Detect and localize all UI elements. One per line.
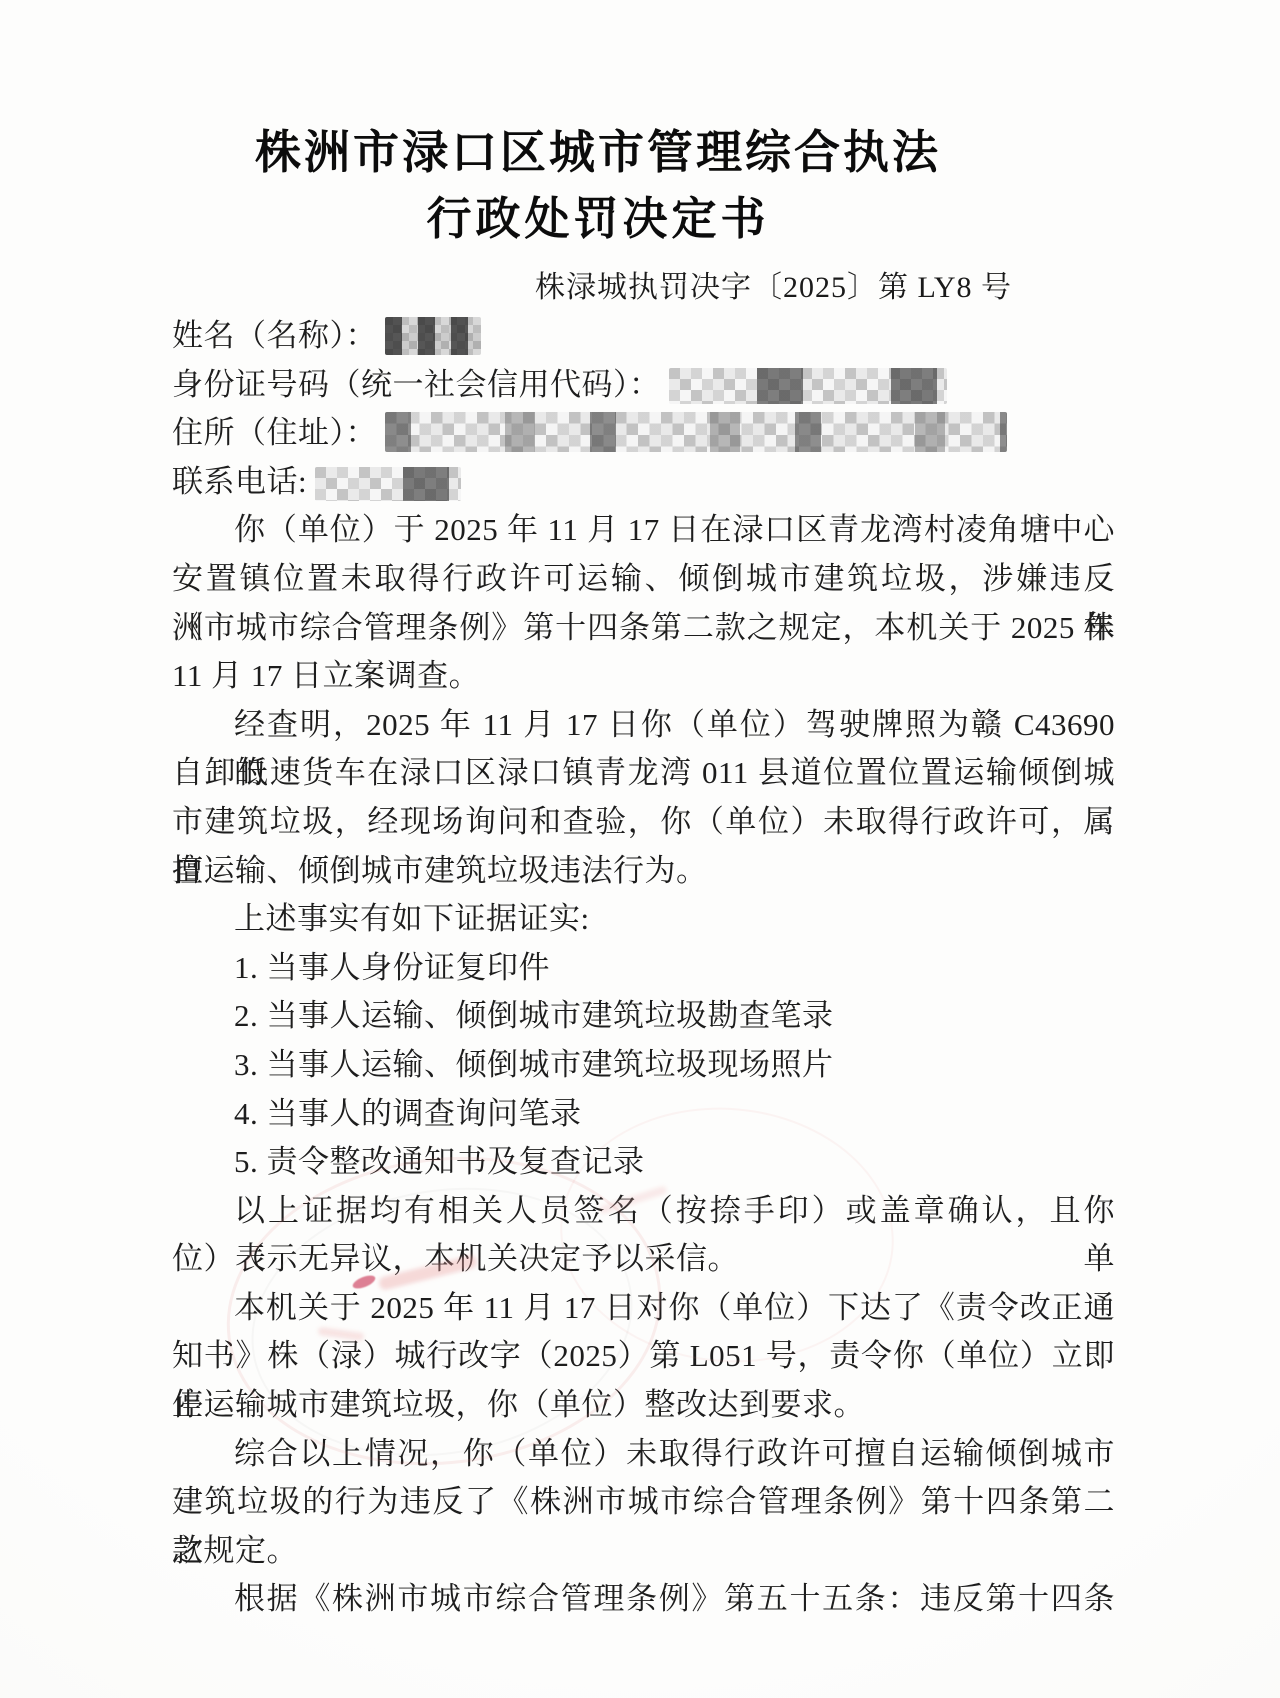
redaction-mosaic [669, 368, 947, 404]
redaction-mosaic [385, 317, 481, 355]
document-title-line2: 行政处罚决定书 [0, 182, 1238, 247]
document-line: 建筑垃圾的行为违反了《株洲市城市综合管理条例》第十四条第二款 [172, 1478, 1115, 1527]
line-text: 上述事实有如下证据证实: [234, 901, 590, 936]
document-line: 以上证据均有相关人员签名（按捺手印）或盖章确认，且你（单 [172, 1187, 1115, 1236]
line-text: 4. 当事人的调查询问笔录 [234, 1096, 582, 1131]
scanned-document-page: 株洲市渌口区城市管理综合执法 行政处罚决定书 株渌城执罚决字〔2025〕第 LY… [0, 0, 1280, 1698]
line-text: 之规定。 [172, 1533, 298, 1568]
document-line: 姓名（名称）： [172, 312, 1115, 361]
line-text: 综合以上情况，你（单位）未取得行政许可擅自运输倾倒城市 [234, 1436, 1115, 1471]
document-line: 之规定。 [172, 1527, 1115, 1576]
document-line: 3. 当事人运输、倾倒城市建筑垃圾现场照片 [172, 1041, 1115, 1090]
line-text: 洲市城市综合管理条例》第十四条第二款之规定，本机关于 2025 年 [172, 610, 1115, 645]
document-line: 2. 当事人运输、倾倒城市建筑垃圾勘查笔录 [172, 992, 1115, 1041]
line-text: 自运输、倾倒城市建筑垃圾违法行为。 [172, 853, 708, 888]
document-line: 1. 当事人身份证复印件 [172, 944, 1115, 993]
line-text: 3. 当事人运输、倾倒城市建筑垃圾现场照片 [234, 1047, 834, 1082]
redaction-mosaic [385, 412, 1007, 452]
document-line: 知书》株（渌）城行改字（2025）第 L051 号，责令你（单位）立即停 [172, 1332, 1115, 1381]
document-line: 上述事实有如下证据证实: [172, 895, 1115, 944]
line-text: 1. 当事人身份证复印件 [234, 950, 550, 985]
line-text: 5. 责令整改通知书及复查记录 [234, 1144, 645, 1179]
document-line: 综合以上情况，你（单位）未取得行政许可擅自运输倾倒城市 [172, 1430, 1115, 1479]
line-text: 根据《株洲市城市综合管理条例》第五十五条：违反第十四条 [234, 1581, 1115, 1616]
line-text: 位）表示无异议，本机关决定予以采信。 [172, 1241, 739, 1276]
line-text: 你（单位）于 2025 年 11 月 17 日在渌口区青龙湾村凌角塘中心 [234, 512, 1115, 547]
line-text: 住所（住址）： [172, 415, 377, 450]
document-number: 株渌城执罚决字〔2025〕第 LY8 号 [535, 271, 1012, 304]
line-text: 联系电话: [172, 464, 307, 499]
document-line: 根据《株洲市城市综合管理条例》第五十五条：违反第十四条 [172, 1575, 1115, 1624]
document-line: 身份证号码（统一社会信用代码）： [172, 361, 1115, 410]
document-line: 联系电话: [172, 458, 1115, 507]
line-text: 本机关于 2025 年 11 月 17 日对你（单位）下达了《责令改正通 [234, 1290, 1115, 1325]
document-line: 住所（住址）： [172, 409, 1115, 458]
document-title-line1: 株洲市渌口区城市管理综合执法 [0, 116, 1238, 182]
document-line: 11 月 17 日立案调查。 [172, 652, 1115, 701]
line-text: 姓名（名称）： [172, 318, 377, 353]
document-line: 止运输城市建筑垃圾，你（单位）整改达到要求。 [172, 1381, 1115, 1430]
document-line: 经查明，2025 年 11 月 17 日你（单位）驾驶牌照为赣 C43690 的 [172, 701, 1115, 750]
line-text: 身份证号码（统一社会信用代码）： [172, 367, 661, 402]
document-line: 你（单位）于 2025 年 11 月 17 日在渌口区青龙湾村凌角塘中心 [172, 506, 1115, 555]
line-text: 2. 当事人运输、倾倒城市建筑垃圾勘查笔录 [234, 998, 834, 1033]
line-text: 自卸低速货车在渌口区渌口镇青龙湾 011 县道位置位置运输倾倒城 [172, 755, 1115, 790]
document-line: 4. 当事人的调查询问笔录 [172, 1090, 1115, 1139]
document-line: 本机关于 2025 年 11 月 17 日对你（单位）下达了《责令改正通 [172, 1284, 1115, 1333]
redaction-mosaic [315, 467, 461, 501]
document-number-row: 株渌城执罚决字〔2025〕第 LY8 号 [0, 262, 1280, 306]
document-line: 自卸低速货车在渌口区渌口镇青龙湾 011 县道位置位置运输倾倒城 [172, 749, 1115, 798]
document-line: 市建筑垃圾，经现场询问和查验，你（单位）未取得行政许可，属擅 [172, 798, 1115, 847]
document-line: 自运输、倾倒城市建筑垃圾违法行为。 [172, 847, 1115, 896]
line-text: 11 月 17 日立案调查。 [172, 658, 480, 693]
document-body: 姓名（名称）：身份证号码（统一社会信用代码）：住所（住址）：联系电话:你（单位）… [172, 312, 1115, 1624]
document-line: 5. 责令整改通知书及复查记录 [172, 1138, 1115, 1187]
document-line: 洲市城市综合管理条例》第十四条第二款之规定，本机关于 2025 年 [172, 604, 1115, 653]
document-line: 安置镇位置未取得行政许可运输、倾倒城市建筑垃圾，涉嫌违反《株 [172, 555, 1115, 604]
line-text: 止运输城市建筑垃圾，你（单位）整改达到要求。 [172, 1387, 865, 1422]
